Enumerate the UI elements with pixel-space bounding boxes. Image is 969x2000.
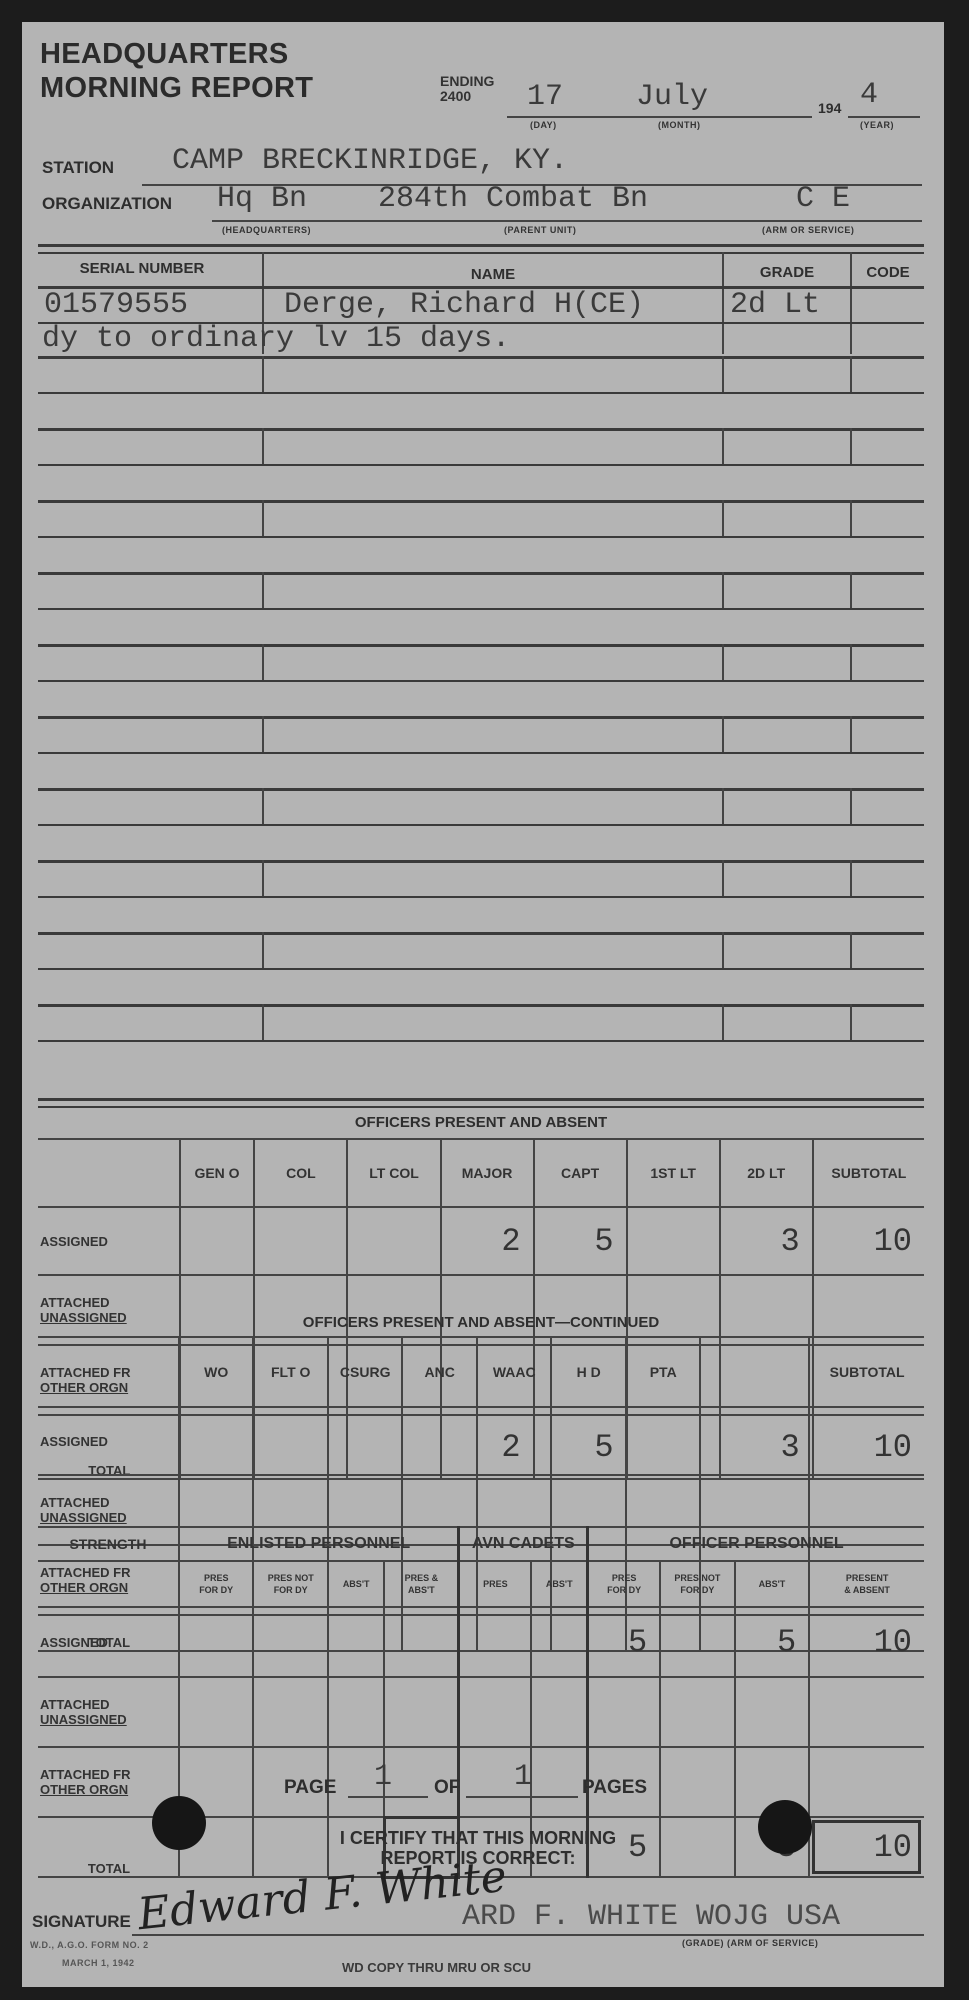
rule — [38, 752, 924, 754]
corner-cell — [38, 1139, 180, 1207]
row-label-text: UNASSIGNED — [40, 1510, 178, 1525]
day-caption: (DAY) — [530, 120, 557, 130]
year-prefix: 194 — [818, 100, 841, 116]
subcolumn-line1: PRESENT — [810, 1572, 924, 1584]
row-label: ASSIGNED — [38, 1607, 179, 1677]
col-col: COL — [254, 1139, 347, 1207]
col-lt-col: LT COL — [347, 1139, 440, 1207]
strength-subcolumn-header: ABS'T — [328, 1561, 384, 1607]
strength-subcolumn-header: PRES NOTFOR DY — [660, 1561, 735, 1607]
rule — [38, 244, 924, 247]
organization-label: ORGANIZATION — [42, 194, 172, 214]
col-pta: PTA — [626, 1337, 701, 1407]
rule — [38, 824, 924, 826]
signer-typed-name: ARD F. WHITE WOJG USA — [462, 1900, 840, 1934]
strength-cell — [809, 1747, 924, 1817]
station-label: STATION — [42, 158, 114, 178]
subcolumn-line1: PRES — [589, 1572, 659, 1584]
col-divider — [722, 1004, 724, 1040]
rule — [38, 500, 924, 503]
group-enlisted: ENLISTED PERSONNEL — [179, 1527, 459, 1561]
rule — [38, 572, 924, 575]
col-header-grade: GRADE — [724, 264, 850, 281]
col-divider — [850, 716, 852, 752]
certify-line1: I CERTIFY THAT THIS MORNING — [298, 1828, 658, 1848]
pages-label: PAGES — [582, 1777, 647, 1799]
cell — [180, 1207, 255, 1275]
col-divider — [850, 356, 852, 392]
strength-cell: 10 — [809, 1607, 924, 1677]
arm-caption: (ARM OR SERVICE) — [762, 225, 854, 235]
col-divider — [850, 932, 852, 968]
strength-cell: 10 — [809, 1817, 924, 1877]
table-row: ASSIGNED 5510 — [38, 1607, 924, 1677]
col-major: MAJOR — [441, 1139, 534, 1207]
rule — [38, 536, 924, 538]
table-row: ASSIGNED — [38, 1407, 924, 1475]
organization-underline — [212, 220, 922, 222]
row-label-text: ATTACHED — [40, 1495, 178, 1510]
row-label-text: ATTACHED — [40, 1697, 178, 1712]
col-divider — [262, 932, 264, 968]
signature-label: SIGNATURE — [32, 1912, 131, 1932]
punch-hole-right — [758, 1800, 812, 1854]
col-divider — [722, 356, 724, 392]
col-divider — [850, 500, 852, 536]
morning-report-form: HEADQUARTERS MORNING REPORT ENDING 2400 … — [22, 22, 944, 1987]
row-label-text: ASSIGNED — [40, 1434, 108, 1449]
strength-subcolumn-header: ABS'T — [735, 1561, 810, 1607]
row-label-text: ATTACHED — [40, 1295, 179, 1310]
strength-subcolumn-header: PRES — [459, 1561, 531, 1607]
col-gen-o: GEN O — [180, 1139, 255, 1207]
cell — [627, 1207, 720, 1275]
rule — [38, 860, 924, 863]
rule — [38, 644, 924, 647]
col-divider — [262, 644, 264, 680]
strength-cell: 5 — [588, 1607, 660, 1677]
page-number: 1 — [374, 1760, 392, 1794]
corner-cell — [38, 1337, 179, 1407]
col-divider — [850, 1004, 852, 1040]
strength-label: STRENGTH — [38, 1527, 179, 1561]
cell-subtotal: 10 — [813, 1207, 924, 1275]
strength-subcolumn-header: PRES NOTFOR DY — [253, 1561, 328, 1607]
strength-cell — [253, 1607, 328, 1677]
form-date: MARCH 1, 1942 — [62, 1958, 135, 1969]
form-title-line1: HEADQUARTERS — [40, 38, 289, 71]
strength-cell — [660, 1677, 735, 1747]
col-divider — [722, 644, 724, 680]
rule — [38, 788, 924, 791]
col-divider — [722, 932, 724, 968]
strength-cell — [588, 1677, 660, 1747]
entry-remark: dy to ordinary lv 15 days. — [42, 322, 510, 356]
col-divider — [722, 788, 724, 824]
subcolumn-line2: FOR DY — [589, 1584, 659, 1596]
date-underline — [507, 116, 812, 118]
rule — [38, 608, 924, 610]
day-value: 17 — [527, 80, 563, 114]
strength-cell — [459, 1607, 531, 1677]
strength-subcolumn-header: PRES &ABS'T — [384, 1561, 459, 1607]
row-label-text: TOTAL — [88, 1861, 130, 1876]
officers-continued-title: OFFICERS PRESENT AND ABSENT—CONTINUED — [38, 1314, 924, 1331]
strength-subheader-row: PRESFOR DYPRES NOTFOR DYABS'TPRES &ABS'T… — [38, 1561, 924, 1607]
rule — [38, 932, 924, 935]
col-divider — [262, 356, 264, 392]
strength-subcolumn-header: PRESFOR DY — [588, 1561, 660, 1607]
strength-cell — [179, 1677, 254, 1747]
col-1st-lt: 1ST LT — [627, 1139, 720, 1207]
form-title-line2: MORNING REPORT — [40, 72, 313, 105]
row-label: ASSIGNED — [38, 1207, 180, 1275]
col-divider — [722, 572, 724, 608]
rule — [38, 1098, 924, 1101]
grade-caption: (GRADE) (ARM OF SERVICE) — [682, 1938, 818, 1948]
form-number: W.D., A.G.O. FORM NO. 2 — [30, 1940, 149, 1951]
cell — [254, 1207, 347, 1275]
col-blank — [700, 1337, 809, 1407]
strength-cell — [660, 1747, 735, 1817]
col-wo: WO — [179, 1337, 254, 1407]
col-divider — [850, 788, 852, 824]
grade-caption-text: (GRADE) — [682, 1938, 724, 1948]
strength-subcolumn-header: ABS'T — [531, 1561, 587, 1607]
of-underline — [466, 1796, 578, 1798]
copy-note: WD COPY THRU MRU OR SCU — [342, 1960, 531, 1975]
strength-cell — [809, 1677, 924, 1747]
group-avn-cadets: AVN CADETS — [459, 1527, 588, 1561]
col-divider — [262, 1004, 264, 1040]
subcolumn-line2: FOR DY — [180, 1584, 253, 1596]
entry-grade: 2d Lt — [730, 288, 820, 322]
month-value: July — [636, 80, 708, 114]
row-label: ATTACHEDUNASSIGNED — [38, 1275, 180, 1345]
rule — [38, 464, 924, 466]
strength-cell — [328, 1677, 384, 1747]
strength-cell — [328, 1607, 384, 1677]
table-row: ATTACHEDUNASSIGNED — [38, 1677, 924, 1747]
subcolumn-line2: FOR DY — [661, 1584, 734, 1596]
strength-cell — [660, 1817, 735, 1877]
col-subtotal: SUBTOTAL — [809, 1337, 924, 1407]
strength-cell — [531, 1607, 587, 1677]
officers-section-title: OFFICERS PRESENT AND ABSENT — [38, 1114, 924, 1131]
subcolumn-line2: & ABSENT — [810, 1584, 924, 1596]
row-label-text: ATTACHED FR — [40, 1767, 178, 1782]
strength-cell — [384, 1607, 459, 1677]
row-label-text: UNASSIGNED — [40, 1712, 178, 1727]
subcolumn-line1: PRES — [180, 1572, 253, 1584]
rule — [38, 1004, 924, 1007]
strength-cell: 5 — [735, 1607, 810, 1677]
ending-label-text: ENDING — [440, 74, 494, 89]
strength-subcolumn-header: PRESFOR DY — [179, 1561, 254, 1607]
col-divider — [722, 500, 724, 536]
subcolumn-line1: PRES & — [385, 1572, 457, 1584]
subcolumn-line1: ABS'T — [532, 1578, 586, 1590]
col-divider — [850, 860, 852, 896]
rule — [38, 392, 924, 394]
of-label: OF — [434, 1777, 460, 1799]
strength-cell — [384, 1677, 459, 1747]
col-csurg: CSURG — [328, 1337, 403, 1407]
rule — [38, 252, 924, 254]
page-underline — [348, 1796, 428, 1798]
subcolumn-line2: FOR DY — [254, 1584, 327, 1596]
subcolumn-line1: ABS'T — [736, 1578, 809, 1590]
organization-headquarters: Hq Bn — [217, 182, 307, 216]
col-divider — [722, 716, 724, 752]
col-header-serial: SERIAL NUMBER — [42, 260, 242, 277]
col-divider — [262, 428, 264, 464]
strength-cell — [179, 1607, 254, 1677]
col-hd: H D — [551, 1337, 626, 1407]
entry-serial: 01579555 — [44, 288, 188, 322]
strength-cell — [531, 1747, 587, 1817]
total-pages: 1 — [514, 1760, 532, 1794]
ending-label: ENDING 2400 — [440, 74, 494, 104]
col-subtotal: SUBTOTAL — [813, 1139, 924, 1207]
subcolumn-line2: ABS'T — [385, 1584, 457, 1596]
subcolumn-line1: PRES — [460, 1578, 530, 1590]
strength-subcolumn-header: PRESENT& ABSENT — [809, 1561, 924, 1607]
subcolumn-line1: PRES NOT — [661, 1572, 734, 1584]
col-anc: ANC — [402, 1337, 477, 1407]
row-label: ASSIGNED — [38, 1407, 179, 1475]
organization-parent-unit: 284th Combat Bn — [378, 182, 648, 216]
rule — [38, 428, 924, 431]
strength-cell — [459, 1677, 531, 1747]
cell — [347, 1207, 440, 1275]
row-label-text: OTHER ORGN — [40, 1782, 178, 1797]
table-row: ASSIGNED 2 5 3 10 — [38, 1207, 924, 1275]
rule — [38, 716, 924, 719]
col-divider — [850, 572, 852, 608]
col-divider — [722, 428, 724, 464]
rule — [38, 968, 924, 970]
row-label-text: ASSIGNED — [40, 1234, 108, 1249]
arm-caption-text: (ARM OF SERVICE) — [727, 1938, 818, 1948]
page-label: PAGE — [284, 1777, 336, 1799]
year-caption: (YEAR) — [860, 120, 894, 130]
month-caption: (MONTH) — [658, 120, 701, 130]
col-waac: WAAC — [477, 1337, 552, 1407]
row-label-text: ASSIGNED — [40, 1635, 108, 1650]
col-divider — [262, 716, 264, 752]
col-divider — [722, 860, 724, 896]
col-header-code: CODE — [852, 264, 924, 281]
rule — [38, 680, 924, 682]
col-2d-lt: 2D LT — [720, 1139, 813, 1207]
cell-2d-lt: 3 — [720, 1207, 813, 1275]
punch-hole-left — [152, 1796, 206, 1850]
col-divider — [850, 644, 852, 680]
col-divider — [262, 860, 264, 896]
strength-cell — [253, 1677, 328, 1747]
group-officer: OFFICER PERSONNEL — [588, 1527, 924, 1561]
strength-cell — [735, 1677, 810, 1747]
parent-unit-caption: (PARENT UNIT) — [504, 225, 576, 235]
subcolumn-line1: PRES NOT — [254, 1572, 327, 1584]
strength-cell — [660, 1607, 735, 1677]
rule — [38, 1040, 924, 1042]
entry-name: Derge, Richard H(CE) — [284, 288, 644, 322]
col-divider — [262, 572, 264, 608]
year-underline — [848, 116, 920, 118]
col-divider — [850, 428, 852, 464]
row-label: ATTACHEDUNASSIGNED — [38, 1677, 179, 1747]
organization-arm: C E — [796, 182, 850, 216]
signature-underline — [132, 1934, 924, 1936]
corner-cell — [38, 1561, 179, 1607]
rule — [38, 1106, 924, 1108]
col-capt: CAPT — [534, 1139, 627, 1207]
col-header-name: NAME — [264, 266, 722, 283]
rule — [38, 356, 924, 359]
rule — [38, 896, 924, 898]
col-flt-o: FLT O — [253, 1337, 328, 1407]
headquarters-caption: (HEADQUARTERS) — [222, 225, 311, 235]
col-divider — [262, 788, 264, 824]
cell-major: 2 — [441, 1207, 534, 1275]
station-value: CAMP BRECKINRIDGE, KY. — [172, 144, 568, 178]
table-row: ATTACHEDUNASSIGNED — [38, 1275, 924, 1345]
ending-time: 2400 — [440, 89, 494, 104]
col-divider — [262, 500, 264, 536]
strength-cell — [531, 1677, 587, 1747]
year-digit: 4 — [860, 78, 878, 112]
cell-capt: 5 — [534, 1207, 627, 1275]
subcolumn-line1: ABS'T — [329, 1578, 383, 1590]
